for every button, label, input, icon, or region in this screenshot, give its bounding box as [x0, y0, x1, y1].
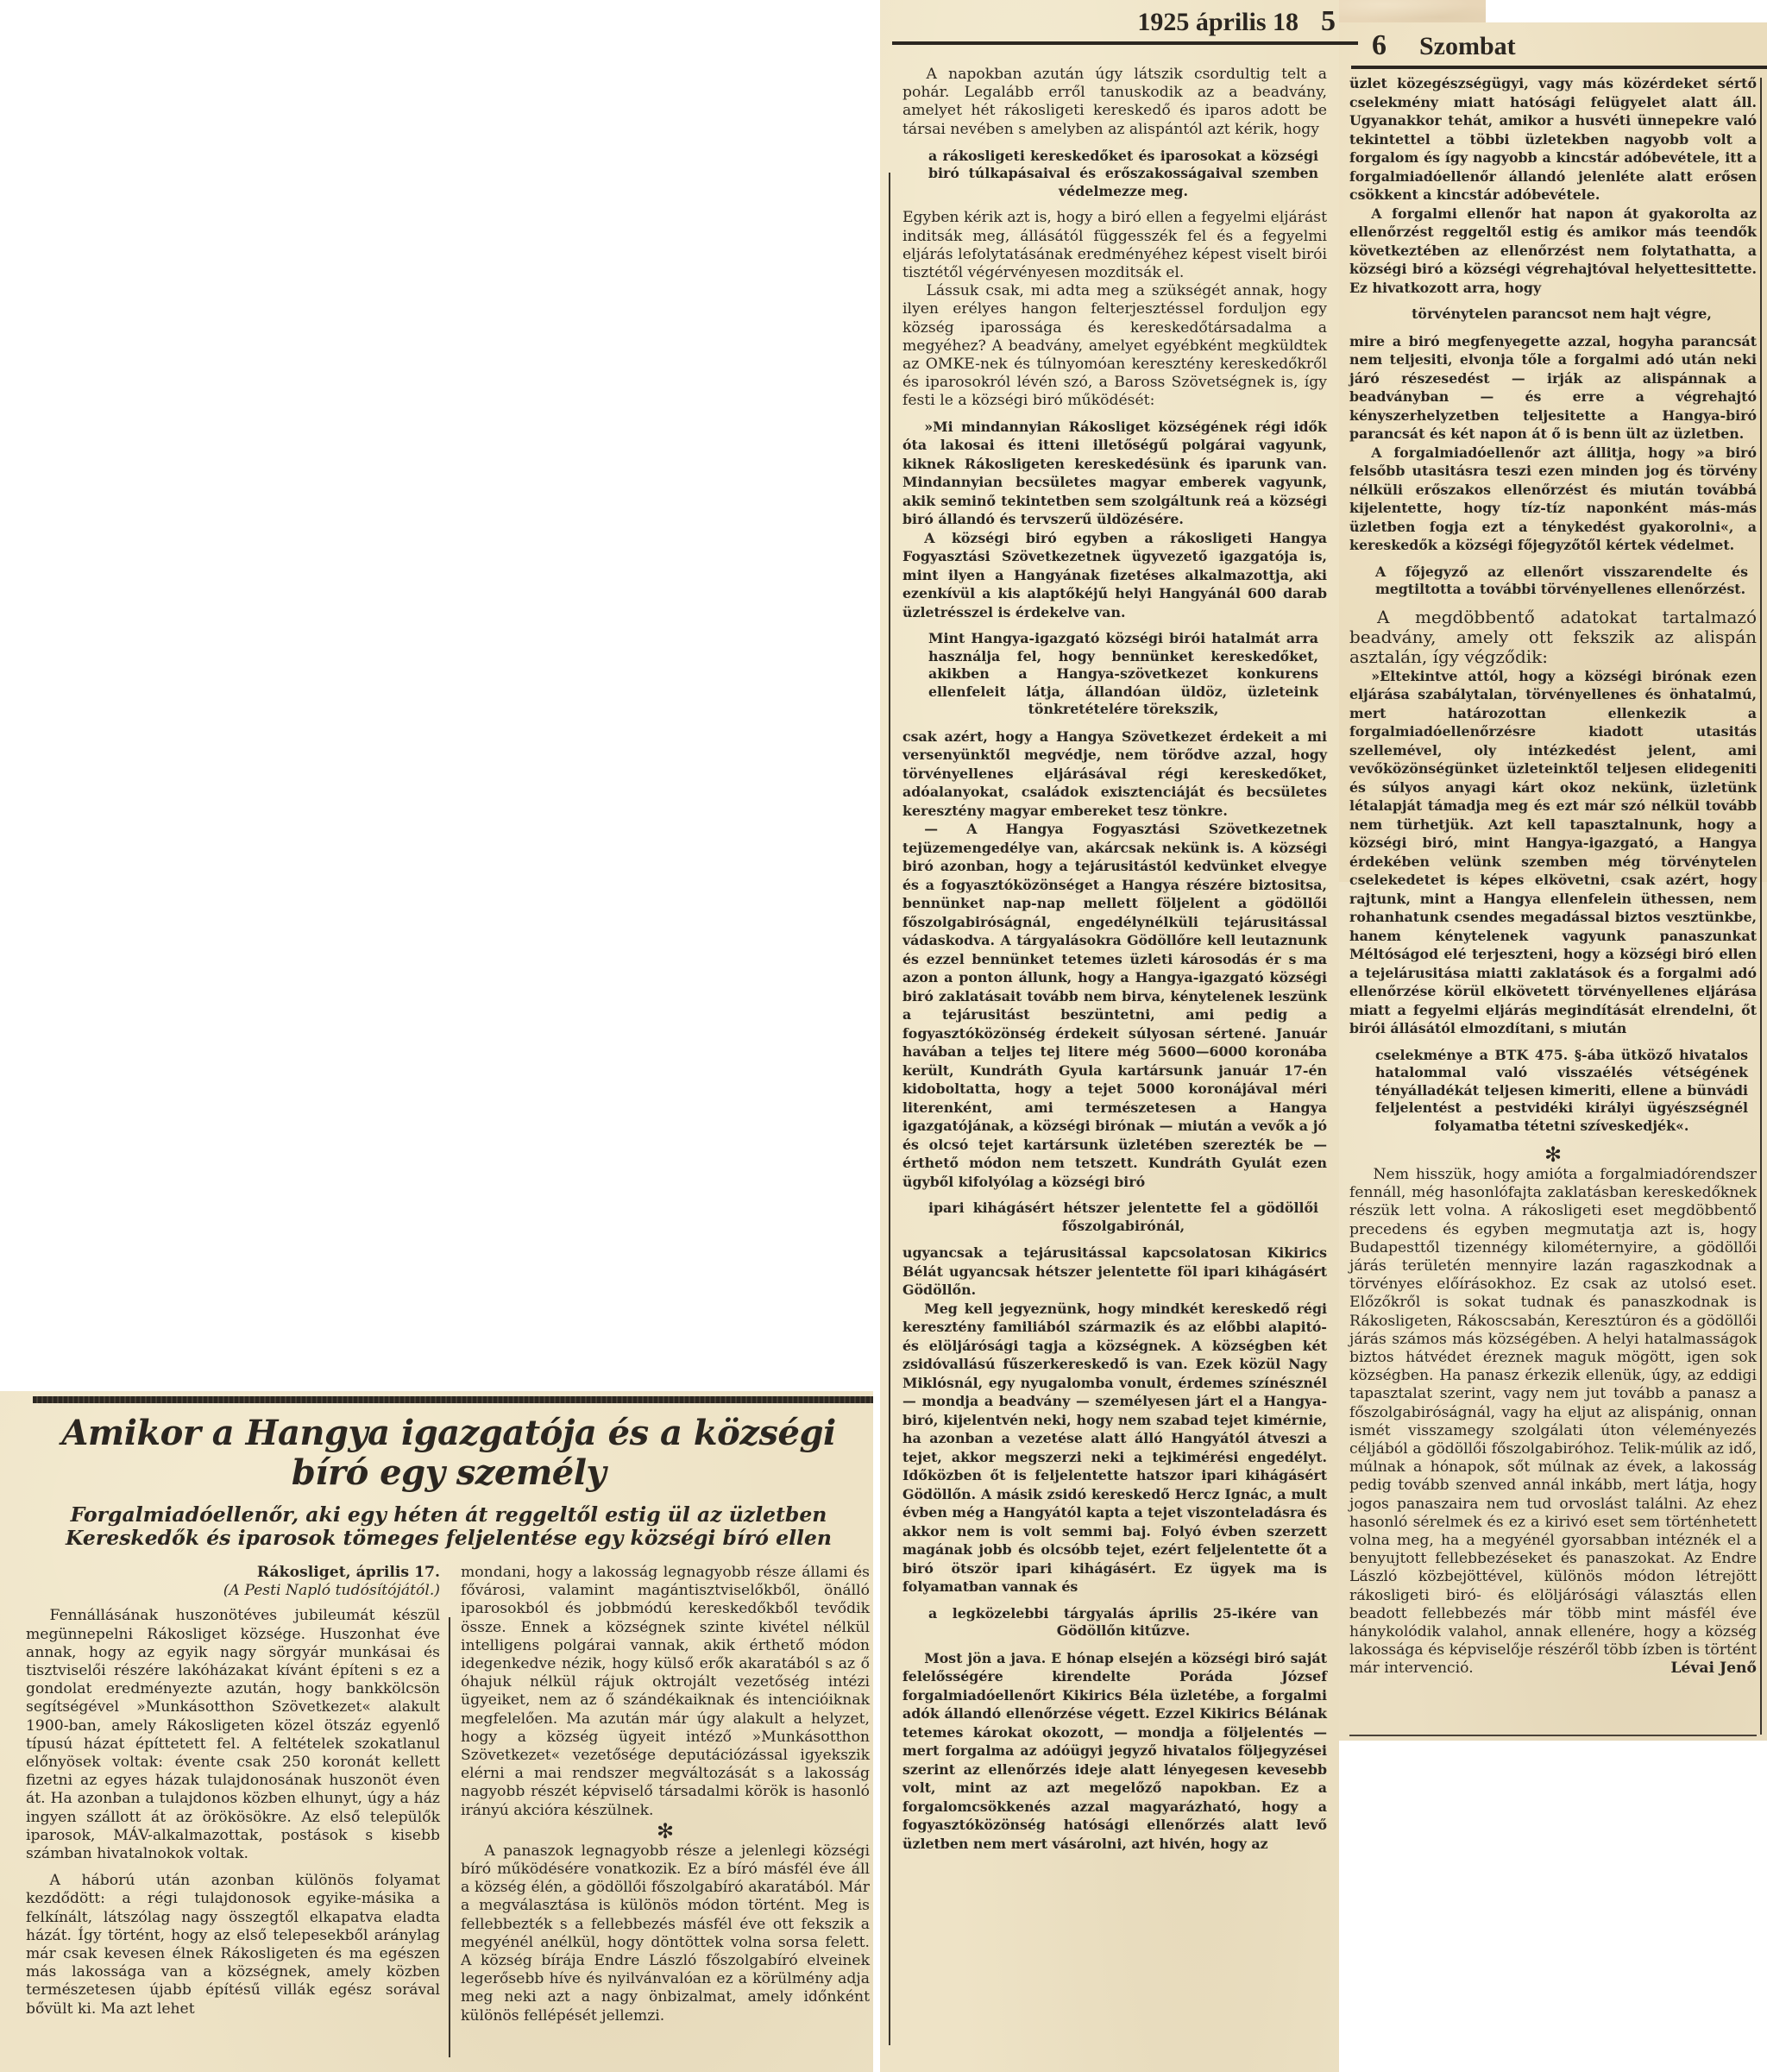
quoted-paragraph: — A Hangya Fogyasztási Szövetkezetnek te… — [902, 820, 1327, 1191]
column-divider — [449, 1617, 450, 2057]
closing-paragraph-text: Nem hisszük, hogy amióta a forgalmiadóre… — [1349, 1166, 1757, 1677]
page-6-header: 6 Szombat — [1351, 24, 1767, 69]
paragraph: Fennállásának huszonötéves jubileumát ké… — [26, 1607, 440, 1863]
article-column-4: üzlet közegészségügyi, vagy más közérdek… — [1349, 74, 1757, 1678]
paragraph: A megdöbbentő adatokat tartalmazó beadvá… — [1349, 608, 1757, 667]
quoted-paragraph: A forgalmi ellenőr hat napon át gyakorol… — [1349, 205, 1757, 298]
page-6-number: 6 — [1372, 29, 1387, 62]
quoted-paragraph: csak azért, hogy a Hangya Szövetkezet ér… — [902, 727, 1327, 821]
quoted-paragraph: A községi biró egyben a rákosligeti Hang… — [902, 529, 1327, 622]
quoted-paragraph: »Mi mindannyian Rákosliget községének ré… — [902, 418, 1327, 529]
bold-highlight: Mint Hangya-igazgató községi birói hatal… — [928, 630, 1318, 719]
paragraph: mondani, hogy a lakosság legnagyobb rész… — [461, 1564, 870, 1820]
subhead-line-1: Forgalmiadóellenőr, aki egy héten át reg… — [26, 1503, 871, 1527]
bold-highlight: cselekménye a BTK 475. §-ába ütköző hiva… — [1375, 1047, 1748, 1136]
quoted-paragraph: Meg kell jegyeznünk, hogy mindkét keresk… — [902, 1300, 1327, 1597]
paragraph: A panaszok legnagyobb része a jelenlegi … — [461, 1842, 870, 2025]
paragraph: Lássuk csak, mi adta meg a szükségét ann… — [902, 282, 1327, 410]
quoted-paragraph: »Eltekintve attól, hogy a községi biróna… — [1349, 667, 1757, 1038]
clipping-page-5-tab — [1339, 0, 1486, 22]
article-column-3: A napokban azután úgy látszik csordultig… — [902, 66, 1327, 1853]
subhead-line-2: Kereskedők és iparosok tömeges feljelent… — [26, 1527, 871, 1550]
article-column-2: mondani, hogy a lakosság legnagyobb rész… — [461, 1564, 870, 2025]
section-divider-star: ✻ — [1349, 1143, 1757, 1166]
paragraph: A napokban azután úgy látszik csordultig… — [902, 66, 1327, 139]
article-subheadline: Forgalmiadóellenőr, aki egy héten át reg… — [26, 1503, 871, 1550]
quoted-paragraph: Most jön a java. E hónap elsején a közsé… — [902, 1649, 1327, 1854]
paragraph: A háború után azonban különös folyamat k… — [26, 1872, 440, 2018]
article-column-1: Rákosliget, április 17. (A Pesti Napló t… — [26, 1564, 440, 2018]
bold-highlight: törvénytelen parancsot nem hajt végre, — [1375, 305, 1748, 324]
page-5-date: 1925 április 18 — [1137, 8, 1299, 37]
bold-highlight: a rákosligeti kereskedőket és iparosokat… — [928, 148, 1318, 201]
bold-highlight: ipari kihágásért hétszer jelentette fel … — [928, 1200, 1318, 1235]
page-5-header: 1925 április 18 5 — [892, 0, 1358, 45]
paragraph: Egyben kérik azt is, hogy a biró ellen a… — [902, 209, 1327, 282]
author-signature: Lévai Jenő — [1647, 1659, 1757, 1678]
end-rule — [1349, 1735, 1757, 1736]
quoted-paragraph: mire a biró megfenyegette azzal, hogyha … — [1349, 332, 1757, 444]
page-5-number: 5 — [1321, 5, 1336, 38]
column-divider — [1760, 78, 1762, 1735]
page-6-day: Szombat — [1419, 32, 1516, 61]
dateline: Rákosliget, április 17. — [26, 1564, 440, 1582]
bold-highlight: a legközelebbi tárgyalás április 25-ikér… — [928, 1605, 1318, 1641]
quoted-paragraph: üzlet közegészségügyi, vagy más közérdek… — [1349, 74, 1757, 205]
section-divider-star: ✻ — [461, 1820, 870, 1842]
bold-highlight: A főjegyző az ellenőrt visszarendelte és… — [1375, 564, 1748, 599]
quoted-paragraph: ugyancsak a tejárusitással kapcsolatosan… — [902, 1244, 1327, 1300]
quoted-paragraph: A forgalmiadóellenőr azt állitja, hogy »… — [1349, 444, 1757, 555]
top-ornamental-rule — [33, 1396, 873, 1403]
column-divider — [889, 173, 890, 2045]
article-headline: Amikor a Hangya igazgatója és a községi … — [26, 1414, 871, 1493]
paragraph: Nem hisszük, hogy amióta a forgalmiadóre… — [1349, 1166, 1757, 1678]
byline: (A Pesti Napló tudósítójától.) — [26, 1582, 440, 1600]
